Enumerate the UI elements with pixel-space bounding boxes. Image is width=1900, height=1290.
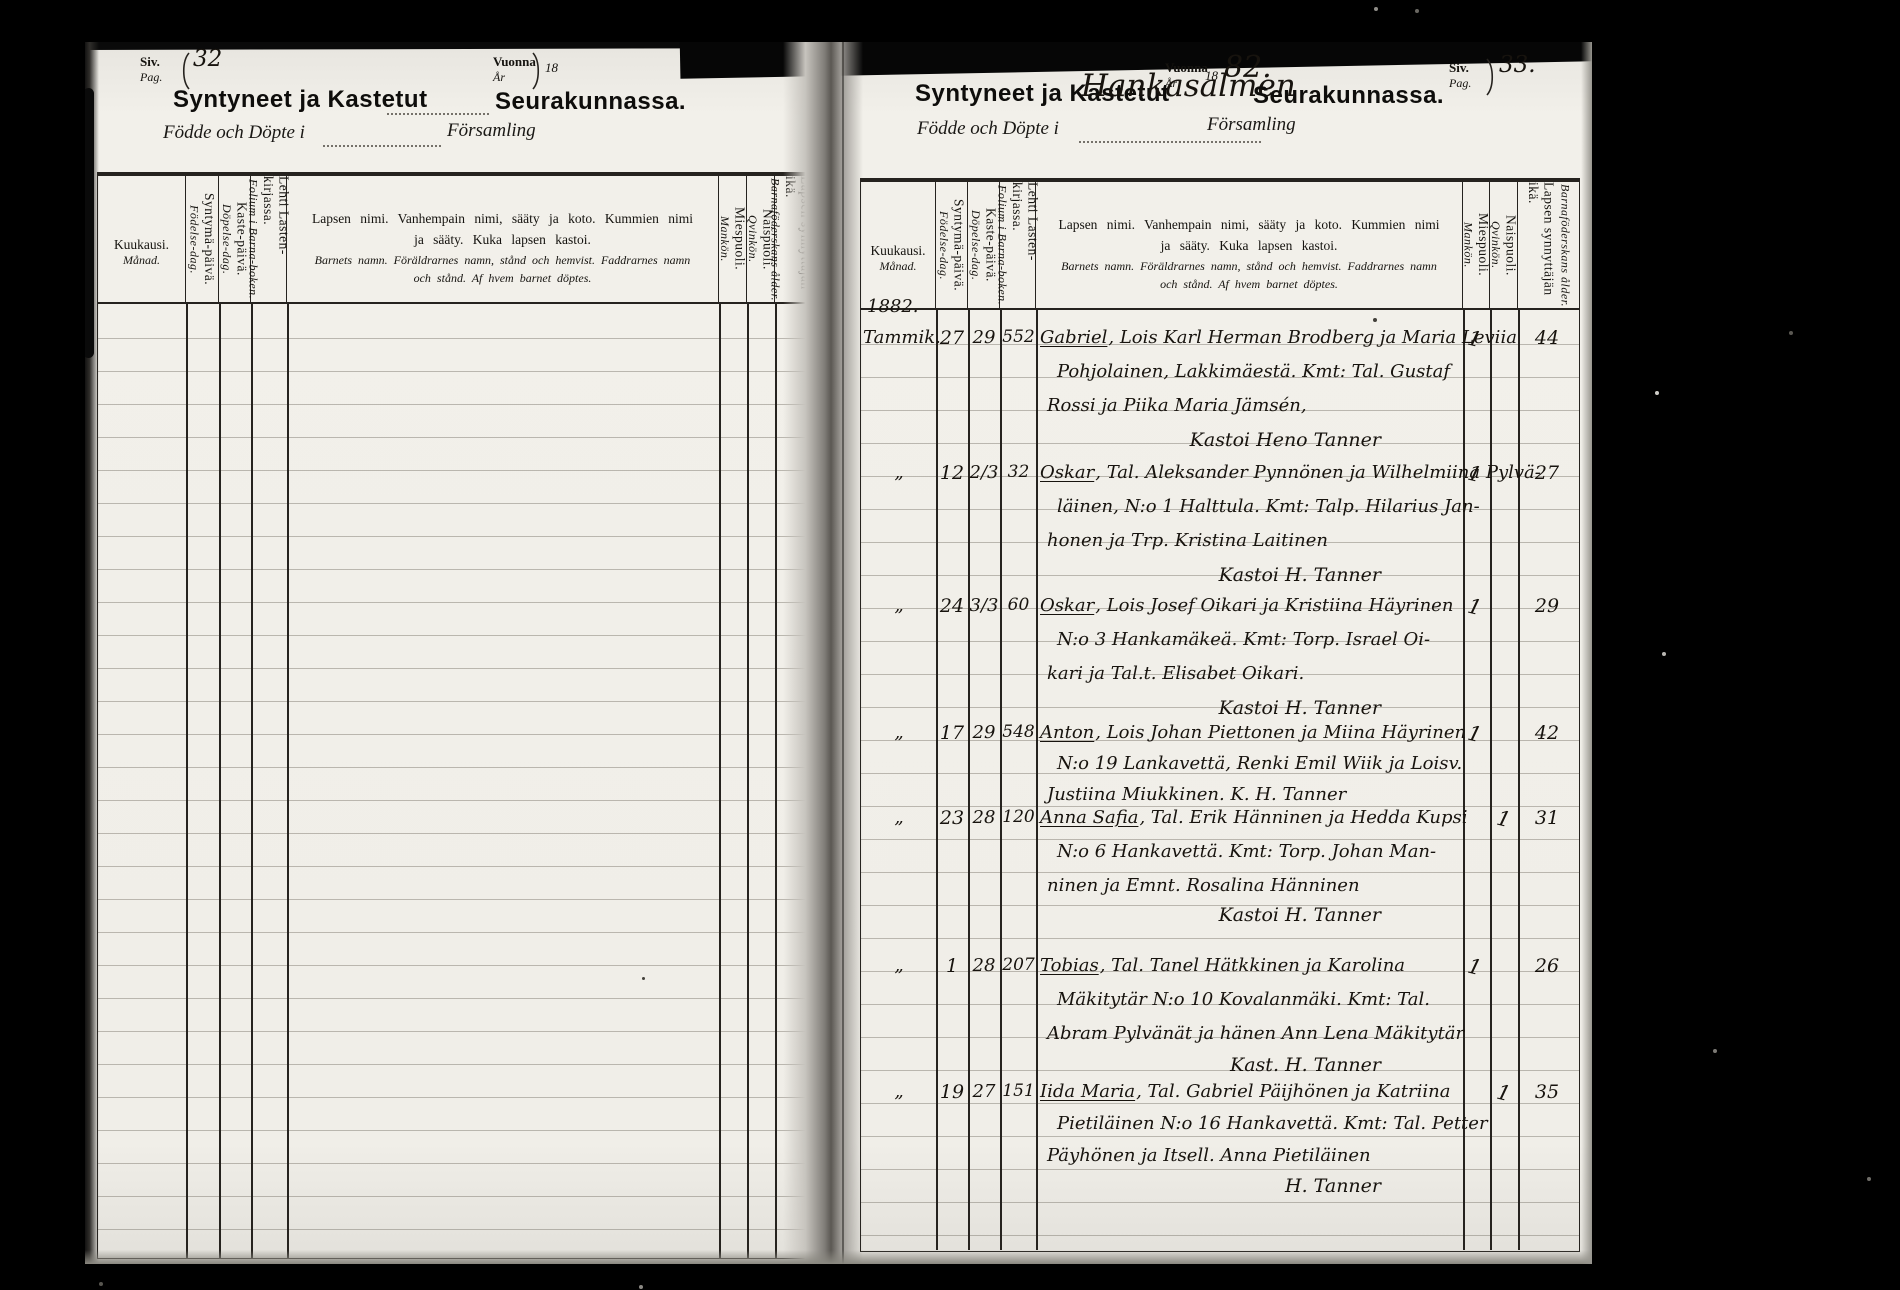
- entry-folio: 120: [1001, 807, 1036, 827]
- entry-text-1: , Lois Karl Herman Brodberg ja Maria Lev…: [1108, 327, 1517, 348]
- col-header-birth: Födelse-dag. Syntymä-päivä.: [936, 182, 968, 308]
- dotted-rule: [387, 112, 489, 115]
- year-note: 1882.: [867, 296, 919, 317]
- right-register-table: Kuukausi. Månad. Födelse-dag. Syntymä-pä…: [860, 178, 1580, 1252]
- entry-text-2: läinen, N:o 1 Halttula. Kmt: Talp. Hilar…: [1057, 496, 1480, 517]
- baptizer-signature: Kastoi H. Tanner: [1111, 904, 1381, 926]
- dust-specks: [0, 0, 2, 2]
- entry-birth-day: 24: [937, 595, 967, 617]
- page-subtitle: Födde och Döpte i: [917, 118, 1059, 140]
- page-subtitle-2: Församling: [1207, 114, 1296, 136]
- entry-text-3: ninen ja Emnt. Rosalina Hänninen: [1047, 875, 1360, 896]
- brace-mark: [179, 52, 191, 90]
- entry-text-2: N:o 6 Hankavettä. Kmt: Torp. Johan Man-: [1057, 841, 1436, 862]
- age-label-fi: Lapsen synnyttäjän ikä.: [1526, 182, 1557, 308]
- child-name: Anton: [1040, 722, 1095, 743]
- baptizer-signature: Kastoi H. Tanner: [1111, 697, 1381, 719]
- folio-label-sv: Folium i Barna-boken.: [246, 179, 260, 299]
- mother-age: 29: [1518, 595, 1576, 617]
- entry-baptism-day: 2/3: [968, 462, 1000, 483]
- col-header-mother-age: Lapsen synnyttäjän ikä. Barnaföderskans …: [1518, 182, 1579, 308]
- entry-baptism-day: 29: [968, 722, 1000, 743]
- entry-text-2: N:o 19 Lankavettä, Renki Emil Wiik ja Lo…: [1057, 753, 1462, 774]
- entry-text: Oskar, Lois Josef Oikari ja Kristiina Hä…: [1040, 595, 1453, 616]
- mother-age: 26: [1518, 955, 1576, 977]
- age-label-sv: Barnaföderskans ålder.: [768, 178, 782, 301]
- page-number-written: 33.: [1499, 52, 1536, 78]
- main-label-sv: Barnets namn. Föräldrarnes namn, stånd o…: [304, 251, 701, 287]
- month-label-fi: Kuukausi.: [114, 237, 169, 253]
- brace-mark: [1485, 58, 1497, 96]
- pag-label: Pag.: [1449, 76, 1471, 91]
- male-label-sv: Mankön.: [717, 216, 731, 262]
- entry-birth-day: 23: [937, 807, 967, 829]
- entry-text-1: , Tal. Gabriel Päijhönen ja Katriina: [1136, 1081, 1450, 1102]
- entry-text: Gabriel, Lois Karl Herman Brodberg ja Ma…: [1040, 327, 1517, 348]
- column-divider: [219, 304, 221, 1258]
- entry-baptism-day: 28: [968, 955, 1000, 976]
- page-number-written: 32: [193, 46, 222, 72]
- entry-text-2: Pietiläinen N:o 16 Hankavettä. Kmt: Tal.…: [1057, 1113, 1488, 1134]
- entry-text-3: Päyhönen ja Itsell. Anna Pietiläinen: [1047, 1145, 1371, 1166]
- entry-text-3: Justiina Miukkinen. K. H. Tanner: [1047, 784, 1346, 805]
- col-header-folio: Folium i Barna-boken. Lehti Lasten-kirja…: [251, 176, 287, 302]
- left-table-body: [98, 304, 806, 1258]
- month-label-sv: Månad.: [123, 253, 160, 268]
- column-divider: [719, 304, 721, 1258]
- birth-label-fi: Syntymä-päivä.: [951, 199, 967, 291]
- column-divider: [251, 304, 253, 1258]
- male-tally: 1: [1461, 955, 1489, 979]
- entry-birth-day: 17: [937, 722, 967, 744]
- entry-baptism-day: 27: [968, 1081, 1000, 1102]
- entry-baptism-day: 29: [968, 327, 1000, 348]
- male-tally: 1: [1461, 462, 1489, 486]
- col-header-month: Kuukausi. Månad.: [861, 182, 936, 308]
- entry-text-3: Rossi ja Piika Maria Jämsén,: [1047, 395, 1307, 416]
- col-header-folio: Folium i Barna-boken. Lehti Lasten-kirja…: [1000, 182, 1036, 308]
- book-fold-line: [842, 42, 844, 1264]
- entry-folio: 548: [1001, 722, 1036, 742]
- col-header-main: Lapsen nimi. Vanhempain nimi, sääty ja k…: [1036, 182, 1463, 308]
- mother-age: 31: [1518, 807, 1576, 829]
- birth-label-sv: Födelse-dag.: [187, 205, 201, 274]
- mother-age: 35: [1518, 1081, 1576, 1103]
- entry-text-3: Abram Pylvänät ja hänen Ann Lena Mäkityt…: [1047, 1023, 1464, 1044]
- entry-folio: 207: [1001, 955, 1036, 975]
- year-printed: 18: [545, 60, 558, 76]
- baptism-label-sv: Döpelse-dag.: [219, 204, 233, 274]
- col-header-birth: Födelse-dag. Syntymä-päivä.: [186, 176, 219, 302]
- col-header-female: Qvinkön. Naispuoli.: [1490, 182, 1518, 308]
- mother-age: 42: [1518, 722, 1576, 744]
- main-label-sv: Barnets namn. Föräldrarnes namn, stånd o…: [1053, 257, 1445, 293]
- male-tally: 1: [1461, 327, 1489, 351]
- age-label-sv: Barnaföderskans ålder.: [1558, 184, 1572, 307]
- entry-text-2: Pohjolainen, Lakkimäestä. Kmt: Tal. Gust…: [1057, 361, 1450, 382]
- page-subtitle-2: Församling: [447, 120, 536, 142]
- entry-birth-day: 27: [937, 327, 967, 349]
- entry-month: „: [863, 722, 935, 743]
- entry-text-2: Mäkitytär N:o 10 Kovalanmäki. Kmt: Tal.: [1057, 989, 1430, 1010]
- entry-text: Anton, Lois Johan Piettonen ja Miina Häy…: [1040, 722, 1466, 743]
- left-register-table: Kuukausi. Månad. Födelse-dag. Syntymä-pä…: [97, 172, 807, 1259]
- entry-folio: 32: [1001, 462, 1036, 482]
- col-header-main: Lapsen nimi. Vanhempain nimi, sääty ja k…: [287, 176, 719, 302]
- page-subtitle: Födde och Döpte i: [163, 122, 305, 144]
- folio-label-sv: Folium i Barna-boken.: [995, 185, 1009, 305]
- entry-month: „: [863, 595, 935, 616]
- pag-label: Pag.: [140, 70, 162, 85]
- entry-text-2: N:o 3 Hankamäkeä. Kmt: Torp. Israel Oi-: [1057, 629, 1430, 650]
- entry-baptism-day: 28: [968, 807, 1000, 828]
- baptizer-signature: H. Tanner: [1111, 1175, 1381, 1197]
- entry-text: Tobias, Tal. Tanel Hätkkinen ja Karolina: [1040, 955, 1405, 976]
- baptism-label-sv: Döpelse-dag.: [968, 210, 982, 280]
- female-label-sv: Qvinkön.: [745, 215, 759, 263]
- entry-folio: 60: [1001, 595, 1036, 615]
- child-name: Anna Safia: [1040, 807, 1139, 828]
- baptizer-signature: Kastoi H. Tanner: [1111, 564, 1381, 586]
- entry-text: Anna Safia, Tal. Erik Hänninen ja Hedda …: [1040, 807, 1468, 828]
- month-label-sv: Månad.: [880, 259, 917, 274]
- entry-month: „: [863, 462, 935, 483]
- page-title-2: Seurakunnassa.: [1253, 82, 1444, 110]
- entry-month: „: [863, 955, 935, 976]
- dotted-rule: [1079, 140, 1261, 143]
- col-header-month: Kuukausi. Månad.: [98, 176, 186, 302]
- vuonna-label: Vuonna: [493, 54, 536, 70]
- month-label-fi: Kuukausi.: [870, 243, 925, 259]
- dotted-rule: [323, 144, 441, 147]
- scan-right-shadow: [1581, 42, 1592, 1264]
- siv-label: Siv.: [140, 54, 160, 70]
- book-scan: Siv. Pag. 32 Vuonna År 18 Syntyneet ja K…: [85, 42, 1592, 1264]
- entry-month: Tammik.: [863, 327, 935, 348]
- entry-baptism-day: 3/3: [968, 595, 1000, 616]
- scan-left-dark-patch: [85, 88, 94, 358]
- entry-text-1: , Tal. Tanel Hätkkinen ja Karolina: [1100, 955, 1405, 976]
- child-name: Oskar: [1040, 462, 1095, 483]
- birth-label-sv: Födelse-dag.: [936, 211, 950, 280]
- column-divider: [775, 304, 777, 1258]
- page-title: Syntyneet ja Kastetut: [173, 86, 428, 114]
- col-header-male: Mankön. Miespuoli.: [719, 176, 747, 302]
- right-table-header: Kuukausi. Månad. Födelse-dag. Syntymä-pä…: [861, 182, 1579, 310]
- entry-birth-day: 12: [937, 462, 967, 484]
- male-label-sv: Mankön.: [1461, 222, 1475, 268]
- child-name: Oskar: [1040, 595, 1095, 616]
- male-tally: 1: [1461, 722, 1489, 746]
- female-tally: 1: [1489, 807, 1518, 831]
- main-label-fi: Lapsen nimi. Vanhempain nimi, sääty ja k…: [304, 209, 701, 251]
- column-divider: [747, 304, 749, 1258]
- column-divider: [186, 304, 188, 1258]
- right-table-body: 1882. Tammik. 27 29 552 Gabriel, Lois Ka…: [861, 310, 1579, 1250]
- mother-age: 44: [1518, 327, 1576, 349]
- mother-age: 27: [1518, 462, 1576, 484]
- female-tally: 1: [1489, 1081, 1518, 1105]
- page-title-2: Seurakunnassa.: [495, 88, 686, 116]
- entry-text-3: honen ja Trp. Kristina Laitinen: [1047, 530, 1328, 551]
- female-label-fi: Naispuoli.: [1503, 215, 1519, 276]
- column-divider: [287, 304, 289, 1258]
- entry-birth-day: 1: [937, 955, 967, 977]
- entry-month: „: [863, 1081, 935, 1102]
- brace-mark: [531, 52, 543, 90]
- female-label-sv: Qvinkön.: [1488, 221, 1502, 269]
- entry-text-1: , Lois Johan Piettonen ja Miina Häyrinen: [1095, 722, 1466, 743]
- child-name: Tobias: [1040, 955, 1100, 976]
- entry-birth-day: 19: [937, 1081, 967, 1103]
- entry-folio: 151: [1001, 1081, 1036, 1101]
- ar-label: År: [493, 70, 505, 85]
- entry-month: „: [863, 807, 935, 828]
- birth-label-fi: Syntymä-päivä.: [202, 193, 218, 285]
- entry-text-3: kari ja Tal.t. Elisabet Oikari.: [1047, 663, 1304, 684]
- baptizer-signature: Kast. H. Tanner: [1111, 1054, 1381, 1076]
- col-header-male: Mankön. Miespuoli.: [1463, 182, 1490, 308]
- child-name: Iida Maria: [1040, 1081, 1136, 1102]
- left-table-header: Kuukausi. Månad. Födelse-dag. Syntymä-pä…: [98, 176, 806, 304]
- entry-folio: 552: [1001, 327, 1036, 347]
- siv-label: Siv.: [1449, 60, 1469, 76]
- entry-text: Iida Maria, Tal. Gabriel Päijhönen ja Ka…: [1040, 1081, 1450, 1102]
- main-label-fi: Lapsen nimi. Vanhempain nimi, sääty ja k…: [1053, 215, 1445, 257]
- book-fold: [783, 42, 863, 1264]
- entry-text-1: , Lois Josef Oikari ja Kristiina Häyrine…: [1095, 595, 1453, 616]
- scanner-background: Siv. Pag. 32 Vuonna År 18 Syntyneet ja K…: [0, 0, 1900, 1290]
- child-name: Gabriel: [1040, 327, 1108, 348]
- entry-text-1: , Tal. Erik Hänninen ja Hedda Kupsi: [1139, 807, 1467, 828]
- scan-bottom-shadow: [85, 1250, 1592, 1264]
- baptizer-signature: Kastoi Heno Tanner: [1111, 429, 1381, 451]
- male-tally: 1: [1461, 595, 1489, 619]
